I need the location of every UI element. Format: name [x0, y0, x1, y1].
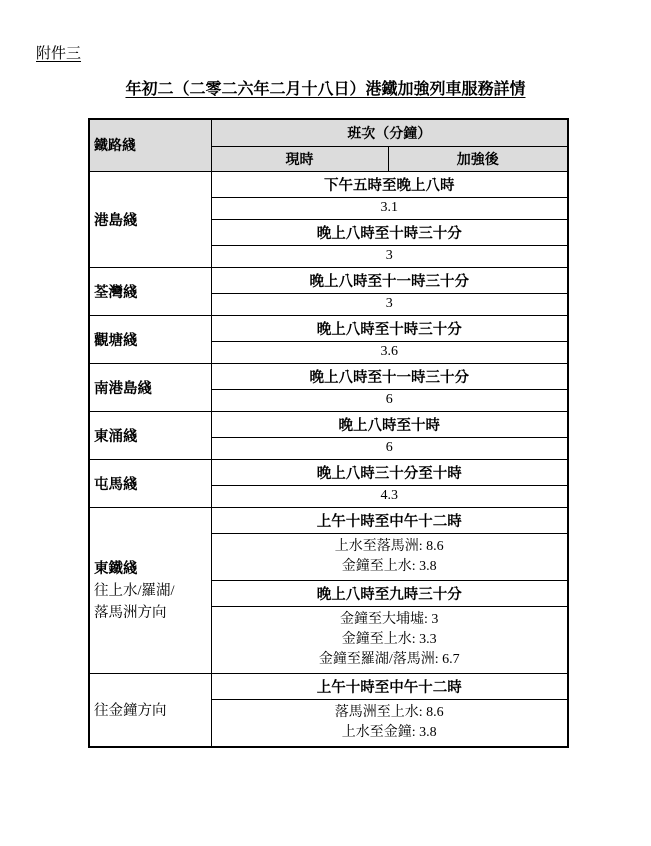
line-name-tsuen-wan: 荃灣綫 [89, 267, 211, 315]
period-cell: 晚上八時至十一時三十分 [211, 363, 568, 389]
period-cell: 晚上八時至十時 [211, 411, 568, 437]
table-row: 港島綫 下午五時至晚上八時 [89, 171, 568, 197]
value-cell: 3 [211, 293, 568, 315]
period-cell: 晚上八時至十一時三十分 [211, 267, 568, 293]
line-name-east-rail: 東鐵綫 往上水/羅湖/ 落馬洲方向 [89, 507, 211, 673]
value-cell: 上水至落馬洲: 8.6 金鐘至上水: 3.8 [211, 533, 568, 580]
header-enhanced: 加強後 [388, 146, 568, 171]
attachment-label: 附件三 [36, 42, 81, 63]
line-name-tung-chung: 東涌綫 [89, 411, 211, 459]
period-cell: 晚上八時至十時三十分 [211, 219, 568, 245]
value-cell: 金鐘至大埔墟: 3 金鐘至上水: 3.3 金鐘至羅湖/落馬洲: 6.7 [211, 606, 568, 673]
value-cell: 落馬洲至上水: 8.6 上水至金鐘: 3.8 [211, 699, 568, 747]
train-service-table: 鐵路綫 班次（分鐘） 現時 加強後 港島綫 下午五時至晚上八時 3.1 晚上八時… [88, 118, 569, 748]
period-cell: 晚上八時至九時三十分 [211, 580, 568, 606]
line-name-label: 東鐵綫 [94, 557, 207, 578]
line-direction-label: 往上水/羅湖/ 落馬洲方向 [94, 580, 207, 624]
table-row: 往金鐘方向 上午十時至中午十二時 [89, 673, 568, 699]
value-line: 金鐘至大埔墟: 3 [216, 610, 564, 630]
value-cell: 6 [211, 389, 568, 411]
line-name-south-island: 南港島綫 [89, 363, 211, 411]
period-cell: 上午十時至中午十二時 [211, 507, 568, 533]
table-row: 觀塘綫 晚上八時至十時三十分 [89, 315, 568, 341]
table-row: 東鐵綫 往上水/羅湖/ 落馬洲方向 上午十時至中午十二時 [89, 507, 568, 533]
document-page: 附件三 年初二（二零二六年二月十八日）港鐵加強列車服務詳情 鐵路綫 班次（分鐘）… [0, 0, 651, 846]
table-row: 南港島綫 晚上八時至十一時三十分 [89, 363, 568, 389]
value-cell: 3 [211, 245, 568, 267]
line-name-island: 港島綫 [89, 171, 211, 267]
header-railway-line: 鐵路綫 [89, 119, 211, 171]
table-header-row-1: 鐵路綫 班次（分鐘） [89, 119, 568, 146]
line-name-tuen-ma: 屯馬綫 [89, 459, 211, 507]
period-cell: 下午五時至晚上八時 [211, 171, 568, 197]
value-line: 金鐘至上水: 3.8 [216, 557, 564, 577]
line-direction-admiralty: 往金鐘方向 [89, 673, 211, 747]
value-cell: 4.3 [211, 485, 568, 507]
value-line: 金鐘至上水: 3.3 [216, 630, 564, 650]
table-row: 荃灣綫 晚上八時至十一時三十分 [89, 267, 568, 293]
value-cell: 3.1 [211, 197, 568, 219]
header-frequency: 班次（分鐘） [211, 119, 568, 146]
document-title: 年初二（二零二六年二月十八日）港鐵加強列車服務詳情 [0, 76, 651, 99]
table-row: 屯馬綫 晚上八時三十分至十時 [89, 459, 568, 485]
value-line: 上水至落馬洲: 8.6 [216, 537, 564, 557]
period-cell: 上午十時至中午十二時 [211, 673, 568, 699]
line-name-kwun-tong: 觀塘綫 [89, 315, 211, 363]
value-cell: 3.6 [211, 341, 568, 363]
header-current: 現時 [211, 146, 388, 171]
value-line: 金鐘至羅湖/落馬洲: 6.7 [216, 650, 564, 670]
value-line: 上水至金鐘: 3.8 [216, 723, 564, 743]
value-cell: 6 [211, 437, 568, 459]
period-cell: 晚上八時至十時三十分 [211, 315, 568, 341]
period-cell: 晚上八時三十分至十時 [211, 459, 568, 485]
table-row: 東涌綫 晚上八時至十時 [89, 411, 568, 437]
value-line: 落馬洲至上水: 8.6 [216, 703, 564, 723]
